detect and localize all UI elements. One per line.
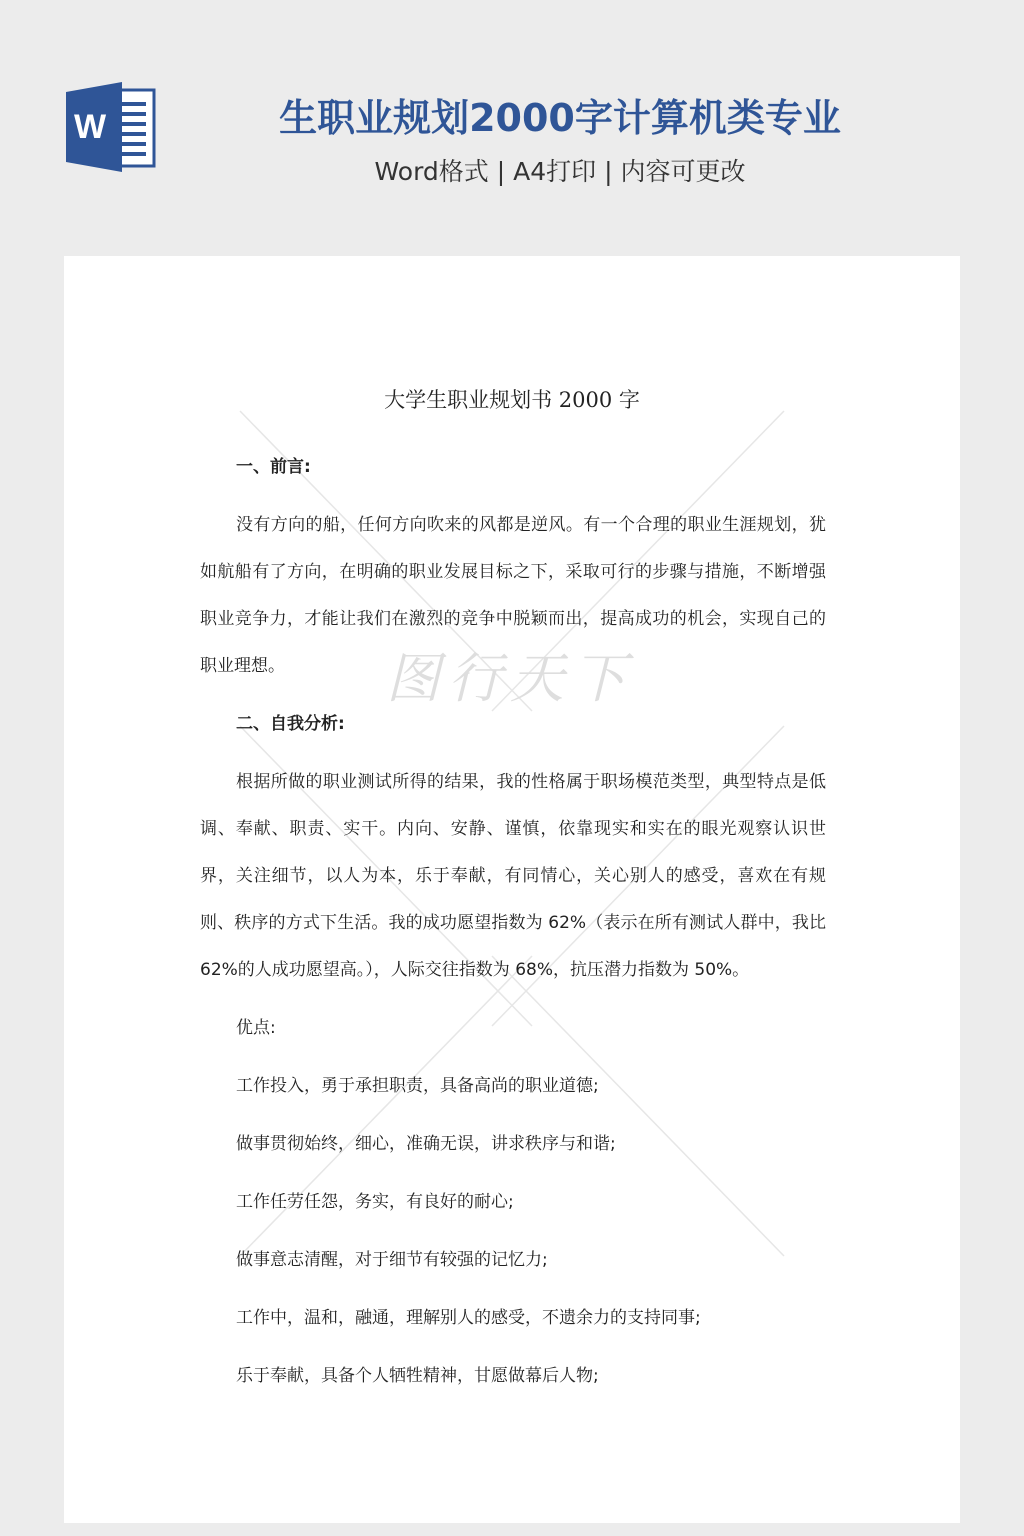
paragraph: 根据所做的职业测试所得的结果，我的性格属于职场模范类型，典型特点是低调、奉献、职… bbox=[200, 759, 826, 994]
page-title: 生职业规划2000字计算机类专业 bbox=[250, 92, 870, 144]
word-icon: W bbox=[64, 80, 156, 172]
list-item: 做事贯彻始终，细心，准确无误，讲求秩序与和谐; bbox=[200, 1121, 826, 1168]
section-heading-preface: 一、前言: bbox=[200, 444, 826, 491]
list-item: 工作投入，勇于承担职责，具备高尚的职业道德; bbox=[200, 1063, 826, 1110]
paragraph: 没有方向的船，任何方向吹来的风都是逆风。有一个合理的职业生涯规划，犹如航船有了方… bbox=[200, 502, 826, 690]
document-page: 图行天下 大学生职业规划书 2000 字 一、前言: 没有方向的船，任何方向吹来… bbox=[64, 256, 960, 1523]
list-item: 做事意志清醒，对于细节有较强的记忆力; bbox=[200, 1237, 826, 1284]
page-subtitle: Word格式 | A4打印 | 内容可更改 bbox=[250, 152, 870, 192]
list-item: 乐于奉献，具备个人牺牲精神，甘愿做幕后人物; bbox=[200, 1353, 826, 1400]
document-title: 大学生职业规划书 2000 字 bbox=[64, 384, 960, 416]
svg-text:W: W bbox=[74, 108, 107, 146]
list-item: 工作任劳任怨，务实，有良好的耐心; bbox=[200, 1179, 826, 1226]
section-heading-self-analysis: 二、自我分析: bbox=[200, 701, 826, 748]
document-body: 一、前言: 没有方向的船，任何方向吹来的风都是逆风。有一个合理的职业生涯规划，犹… bbox=[200, 444, 826, 1411]
strengths-label: 优点: bbox=[200, 1005, 826, 1052]
list-item: 工作中，温和，融通，理解别人的感受，不遗余力的支持同事; bbox=[200, 1295, 826, 1342]
